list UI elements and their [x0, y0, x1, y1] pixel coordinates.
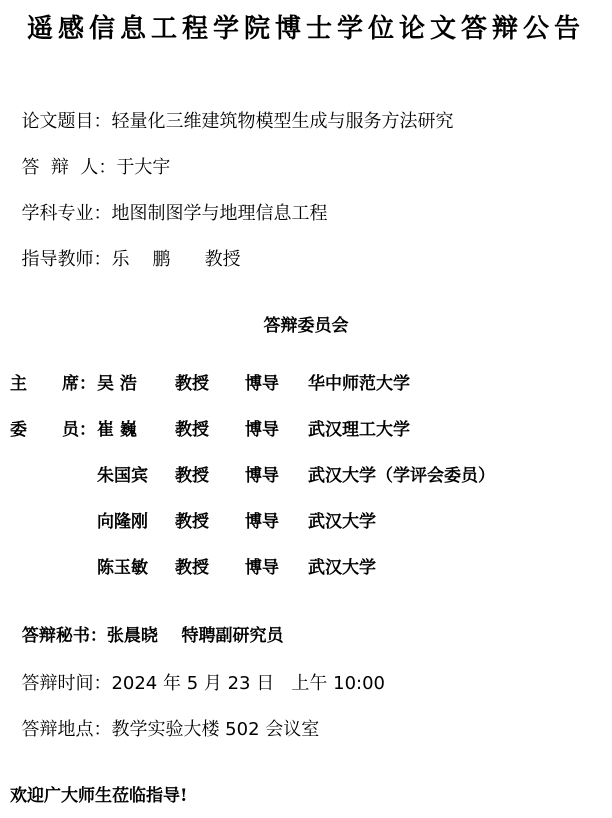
member-name: 朱国宾	[97, 464, 148, 488]
defense-location-line: 答辩地点：教学实验大楼 502 会议室	[10, 694, 319, 742]
announcement-title: 遥感信息工程学院博士学位论文答辩公告	[0, 12, 612, 46]
member-institution: 武汉大学	[308, 510, 376, 534]
member-label-1: 委	[10, 418, 27, 442]
committee-row-member: 委 员： 崔 巍 教授 博导 武汉理工大学	[0, 418, 612, 442]
candidate-value: 于大宇	[116, 157, 170, 178]
candidate-label: 答 辩 人：	[21, 157, 116, 178]
member-name: 向隆刚	[97, 510, 148, 534]
committee-row-member: 朱国宾 教授 博导 武汉大学（学评会委员）	[0, 464, 612, 488]
member-title: 教授	[175, 418, 209, 442]
member-advisor: 博导	[245, 510, 279, 534]
member-advisor: 博导	[245, 464, 279, 488]
major-line: 学科专业：地图制图学与地理信息工程	[10, 178, 327, 226]
supervisor-line: 指导教师：乐 鹏 教授	[10, 224, 241, 272]
secretary-line: 答辩秘书：张晨晓 特聘副研究员	[10, 600, 284, 648]
supervisor-value: 乐 鹏 教授	[111, 249, 240, 270]
member-name: 陈玉敏	[97, 556, 148, 580]
defense-location-label: 答辩地点：	[21, 719, 111, 740]
major-value: 地图制图学与地理信息工程	[111, 203, 327, 224]
secretary-value: 张晨晓 特聘副研究员	[107, 626, 284, 646]
committee-row-member: 陈玉敏 教授 博导 武汉大学	[0, 556, 612, 580]
member-name: 崔 巍	[97, 418, 137, 442]
member-institution: 武汉大学	[308, 556, 376, 580]
defense-time-line: 答辩时间：2024 年 5 月 23 日 上午 10:00	[10, 648, 385, 696]
secretary-label: 答辩秘书：	[22, 626, 107, 646]
thesis-title-label: 论文题目：	[21, 111, 111, 132]
member-label-2: 员：	[62, 418, 96, 442]
welcome-message: 欢迎广大师生莅临指导!	[10, 784, 187, 808]
member-advisor: 博导	[245, 418, 279, 442]
member-advisor: 博导	[245, 372, 279, 396]
defense-time-label: 答辩时间：	[21, 673, 111, 694]
member-title: 教授	[175, 464, 209, 488]
member-title: 教授	[175, 556, 209, 580]
member-institution: 华中师范大学	[308, 372, 410, 396]
chair-label-1: 主	[10, 372, 27, 396]
defense-time-value: 2024 年 5 月 23 日 上午 10:00	[111, 673, 385, 694]
member-institution: 武汉理工大学	[308, 418, 410, 442]
supervisor-label: 指导教师：	[21, 249, 111, 270]
major-label: 学科专业：	[21, 203, 111, 224]
thesis-title-value: 轻量化三维建筑物模型生成与服务方法研究	[111, 111, 453, 132]
defense-location-value: 教学实验大楼 502 会议室	[111, 719, 319, 740]
committee-heading: 答辩委员会	[0, 314, 612, 338]
member-institution: 武汉大学（学评会委员）	[308, 464, 495, 488]
member-advisor: 博导	[245, 556, 279, 580]
candidate-line: 答 辩 人：于大宇	[10, 132, 170, 180]
member-title: 教授	[175, 510, 209, 534]
chair-label-2: 席：	[62, 372, 96, 396]
committee-row-member: 向隆刚 教授 博导 武汉大学	[0, 510, 612, 534]
thesis-title-line: 论文题目：轻量化三维建筑物模型生成与服务方法研究	[10, 86, 453, 134]
committee-row-chair: 主 席： 吴 浩 教授 博导 华中师范大学	[0, 372, 612, 396]
member-title: 教授	[175, 372, 209, 396]
member-name: 吴 浩	[97, 372, 137, 396]
